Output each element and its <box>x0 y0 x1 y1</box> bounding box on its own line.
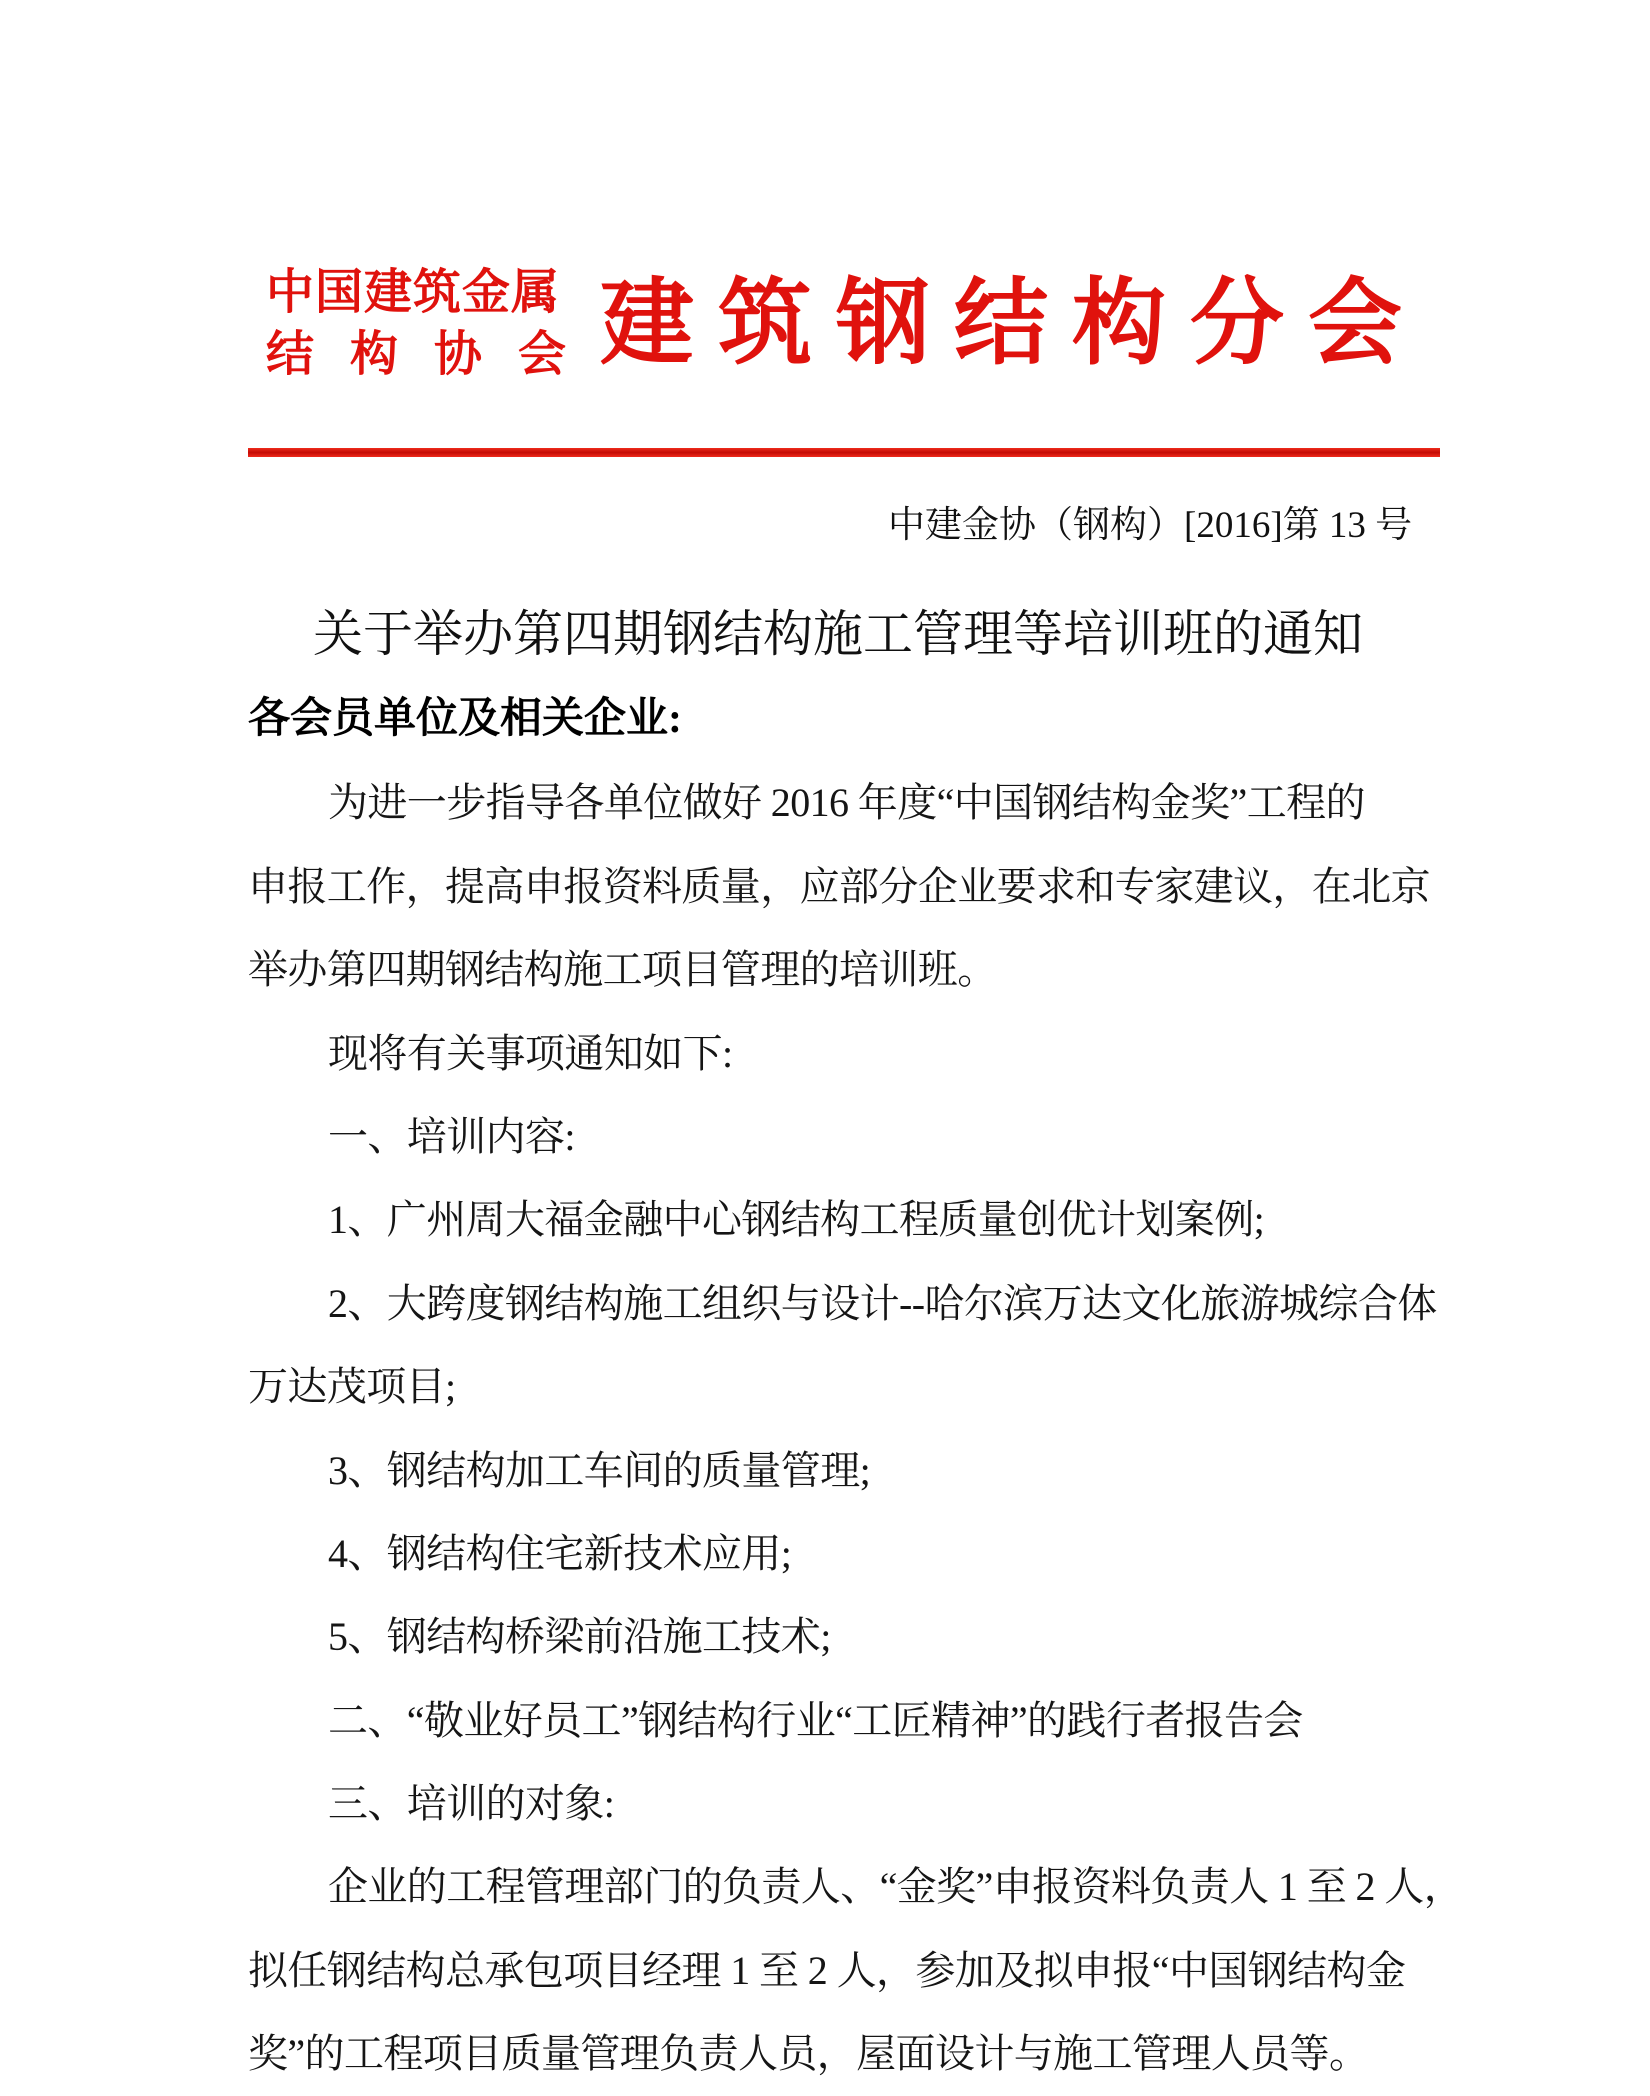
body-line: 三、培训的对象: <box>248 1762 1448 1845</box>
org-name-line1: 中国建筑金属 <box>266 262 566 324</box>
letterhead: 中国建筑金属 结 构 协 会 建筑钢结构分会 <box>266 240 1446 408</box>
body-line: 奖”的工程项目质量管理负责人员，屋面设计与施工管理人员等。 <box>248 2012 1448 2095</box>
body-line: 拟任钢结构总承包项目经理 1 至 2 人，参加及拟申报“中国钢结构金 <box>248 1929 1448 2012</box>
body-line: 现将有关事项通知如下: <box>248 1012 1448 1095</box>
body-line: 4、钢结构住宅新技术应用; <box>248 1512 1448 1595</box>
body-line: 企业的工程管理部门的负责人、“金奖”申报资料负责人 1 至 2 人， <box>248 1845 1448 1928</box>
body-line: 1、广州周大福金融中心钢结构工程质量创优计划案例; <box>248 1178 1448 1261</box>
salutation-line: 各会员单位及相关企业: <box>248 678 1448 761</box>
body-line: 5、钢结构桥梁前沿施工技术; <box>248 1595 1448 1678</box>
notice-title: 关于举办第四期钢结构施工管理等培训班的通知 <box>248 594 1428 666</box>
branch-name: 建筑钢结构分会 <box>600 277 1446 371</box>
notice-document-page: 中国建筑金属 结 构 协 会 建筑钢结构分会 中建金协（钢构）[2016]第 1… <box>0 0 1650 2096</box>
letterhead-divider-rule <box>248 448 1440 457</box>
body-line: 举办第四期钢结构施工项目管理的培训班。 <box>248 928 1448 1011</box>
body-line: 2、大跨度钢结构施工组织与设计--哈尔滨万达文化旅游城综合体 <box>248 1262 1448 1345</box>
body-line: 一、培训内容: <box>248 1095 1448 1178</box>
org-name-line2: 结 构 协 会 <box>266 324 566 386</box>
body-line: 万达茂项目; <box>248 1345 1448 1428</box>
notice-body: 各会员单位及相关企业:为进一步指导各单位做好 2016 年度“中国钢结构金奖”工… <box>248 678 1448 2096</box>
body-line: 二、“敬业好员工”钢结构行业“工匠精神”的践行者报告会 <box>248 1679 1448 1762</box>
body-line: 3、钢结构加工车间的质量管理; <box>248 1429 1448 1512</box>
document-number: 中建金协（钢构）[2016]第 13 号 <box>888 494 1412 548</box>
body-line: 申报工作，提高申报资料质量，应部分企业要求和专家建议，在北京 <box>248 845 1448 928</box>
org-name: 中国建筑金属 结 构 协 会 <box>266 262 566 386</box>
body-line: 为进一步指导各单位做好 2016 年度“中国钢结构金奖”工程的 <box>248 761 1448 844</box>
